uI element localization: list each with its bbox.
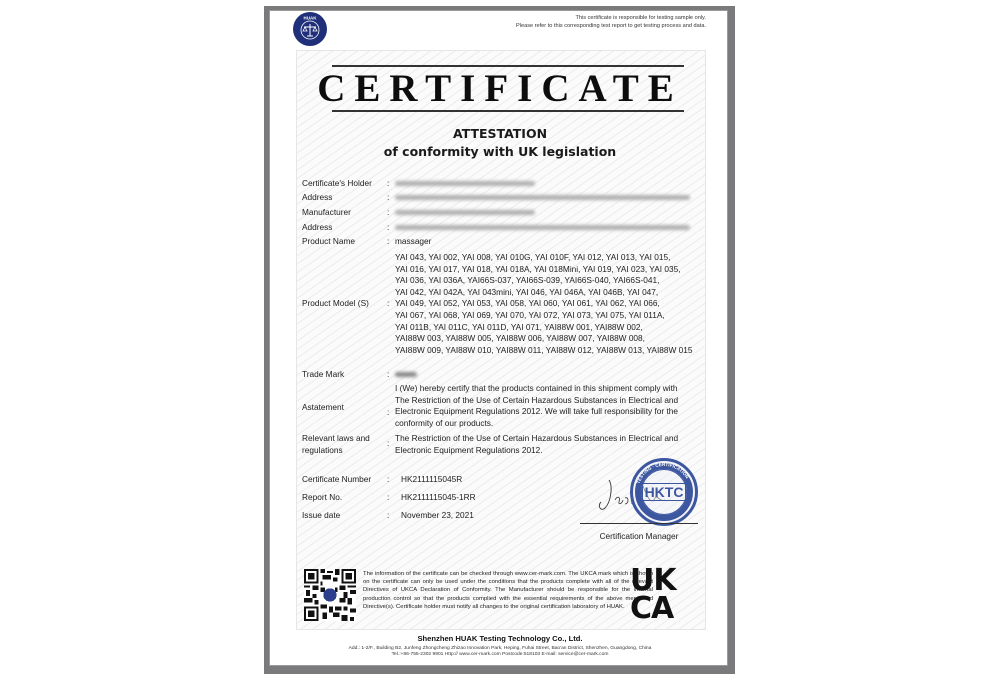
field-label: Address	[302, 192, 380, 204]
top-note-line-2: Please refer to this corresponding test …	[516, 22, 706, 30]
footer-info-text: The information of the certificate can b…	[363, 570, 653, 611]
product-model-list: YAI 043, YAI 002, YAI 008, YAI 010G, YAI…	[395, 252, 705, 356]
field-value-redacted	[395, 207, 695, 219]
stamp-text: HKTC	[642, 483, 687, 501]
field-value: massager	[395, 236, 695, 248]
certificate-title: CERTIFICATE	[296, 66, 704, 111]
field-value-redacted	[395, 178, 695, 190]
field-value-redacted	[395, 222, 695, 234]
model-line: YAI 042, YAI 042A, YAI 043mini, YAI 046,…	[395, 287, 705, 299]
svg-text:HUAK: HUAK	[304, 16, 318, 21]
signature-line	[580, 523, 698, 524]
field-value-redacted	[395, 192, 695, 204]
trade-mark-redacted	[395, 369, 695, 381]
company-name: Shenzhen HUAK Testing Technology Co., Lt…	[296, 634, 704, 643]
attestation-heading: ATTESTATION	[296, 126, 704, 141]
model-line: YAI 036, YAI 036A, YAI66S-037, YAI66S-03…	[395, 275, 705, 287]
model-line: YAI 016, YAI 017, YAI 018, YAI 018A, YAI…	[395, 264, 705, 276]
model-line: YAI88W 009, YAI88W 010, YAI88W 011, YAI8…	[395, 345, 705, 357]
title-rule-bottom	[332, 110, 684, 112]
company-contact: Tel.:+86-755-2302 9901 Http:// www.cer-m…	[296, 652, 704, 659]
hktc-stamp-icon: TESTING · CERTIFICATION HKTC	[630, 458, 698, 526]
ukca-mark-icon: UK CA	[630, 567, 688, 623]
field-label: Report No.	[302, 492, 380, 504]
signatory-role: Certification Manager	[580, 531, 698, 541]
model-line: YAI 067, YAI 068, YAI 069, YAI 070, YAI …	[395, 310, 705, 322]
huak-scales-logo-icon: HUAK	[293, 12, 327, 46]
top-note-line-1: This certificate is responsible for test…	[516, 14, 706, 22]
statement-text: I (We) hereby certify that the products …	[395, 383, 705, 429]
model-line: YAI 011B, YAI 011C, YAI 011D, YAI 071, Y…	[395, 322, 705, 334]
field-label: Manufacturer	[302, 207, 380, 219]
field-label: Product Model (S)	[302, 298, 380, 310]
field-label: Issue date	[302, 510, 380, 522]
field-label: Certificate's Holder	[302, 178, 380, 190]
field-label: Relevant laws and regulations	[302, 433, 380, 456]
qr-code-icon[interactable]	[304, 569, 356, 621]
field-label: Astatement	[302, 402, 380, 414]
laws-text: The Restriction of the Use of Certain Ha…	[395, 433, 705, 456]
field-label: Trade Mark	[302, 369, 380, 381]
field-label: Address	[302, 222, 380, 234]
model-line: YAI 049, YAI 052, YAI 053, YAI 058, YAI …	[395, 298, 705, 310]
model-line: YAI88W 003, YAI88W 005, YAI88W 006, YAI8…	[395, 333, 705, 345]
field-label: Product Name	[302, 236, 380, 248]
model-line: YAI 043, YAI 002, YAI 008, YAI 010G, YAI…	[395, 252, 705, 264]
field-label: Certificate Number	[302, 474, 380, 486]
attestation-subheading: of conformity with UK legislation	[296, 144, 704, 159]
top-note: This certificate is responsible for test…	[516, 14, 706, 30]
